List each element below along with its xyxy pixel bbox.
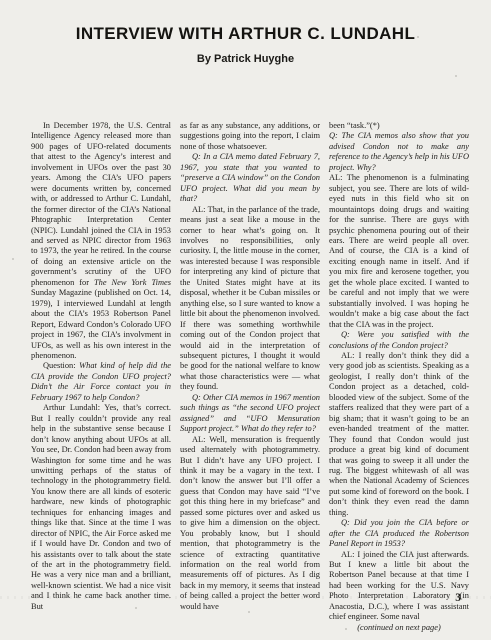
paragraph: Q: Other CIA memos in 1967 mention such … (180, 393, 320, 435)
page-number: 3 (455, 592, 461, 604)
text-segment: AL: I really don’t think they did a very… (329, 351, 469, 517)
text-segment: Question: (43, 361, 79, 370)
text-segment: AL: Well, mensuration is frequently used… (180, 435, 320, 611)
paragraph: Question: What kind of help did the CIA … (31, 361, 171, 403)
paragraph: AL: I really don’t think they did a very… (329, 351, 469, 518)
italic-text-segment: Q: Did you join the CIA before or after … (329, 518, 469, 548)
paragraph: as far as any substance, any additions, … (180, 121, 320, 152)
scanned-page: INTERVIEW WITH ARTHUR C. LUNDAHL By Patr… (0, 0, 491, 640)
article-header: INTERVIEW WITH ARTHUR C. LUNDAHL By Patr… (0, 24, 491, 65)
article-byline: By Patrick Huyghe (0, 53, 491, 65)
paragraph: Q: Did you join the CIA before or after … (329, 518, 469, 549)
article-columns: In December 1978, the U.S. Central Intel… (31, 121, 469, 633)
text-segment: AL: The phenomenon is a fulminating subj… (329, 173, 469, 328)
paragraph: Q: Were you satisfied with the conclusio… (329, 330, 469, 351)
text-column-3: been “task.”(*)Q: The CIA memos also sho… (329, 121, 469, 633)
italic-text-segment: (continued on next page) (357, 623, 441, 632)
paragraph: Q: In a CIA memo dated February 7, 1967,… (180, 152, 320, 204)
article-title: INTERVIEW WITH ARTHUR C. LUNDAHL (0, 24, 491, 44)
text-segment: In December 1978, the U.S. Central Intel… (31, 121, 171, 287)
italic-text-segment: Q: Were you satisfied with the conclusio… (329, 330, 469, 349)
paragraph: AL: Well, mensuration is frequently used… (180, 435, 320, 613)
scan-speck (12, 258, 14, 260)
paragraph: AL: I joined the CIA just afterwards. Bu… (329, 550, 469, 623)
text-column-2: as far as any substance, any additions, … (180, 121, 320, 633)
italic-text-segment: Q: Other CIA memos in 1967 mention such … (180, 393, 320, 433)
italic-text-segment: Q: The CIA memos also show that you advi… (329, 131, 469, 171)
paragraph: AL: The phenomenon is a fulminating subj… (329, 173, 469, 330)
paragraph: been “task.”(*) (329, 121, 469, 131)
text-segment: as far as any substance, any additions, … (180, 121, 320, 151)
text-segment: Arthur Lundahl: Yes, that’s correct. But… (31, 403, 171, 611)
paragraph: AL: That, in the parlance of the trade, … (180, 205, 320, 393)
paragraph: In December 1978, the U.S. Central Intel… (31, 121, 171, 361)
text-segment: AL: I joined the CIA just afterwards. Bu… (329, 550, 469, 622)
paragraph: Q: The CIA memos also show that you advi… (329, 131, 469, 173)
paragraph: Arthur Lundahl: Yes, that’s correct. But… (31, 403, 171, 612)
paragraph: (continued on next page) (329, 623, 469, 633)
text-segment: Sunday Magazine (published on Oct. 14, 1… (31, 288, 171, 360)
scan-speck (455, 75, 457, 77)
italic-text-segment: Q: In a CIA memo dated February 7, 1967,… (180, 152, 320, 203)
text-column-1: In December 1978, the U.S. Central Intel… (31, 121, 171, 633)
text-segment: been “task.”(*) (329, 121, 380, 130)
italic-text-segment: The New York Times (94, 278, 171, 287)
text-segment: AL: That, in the parlance of the trade, … (180, 205, 320, 392)
